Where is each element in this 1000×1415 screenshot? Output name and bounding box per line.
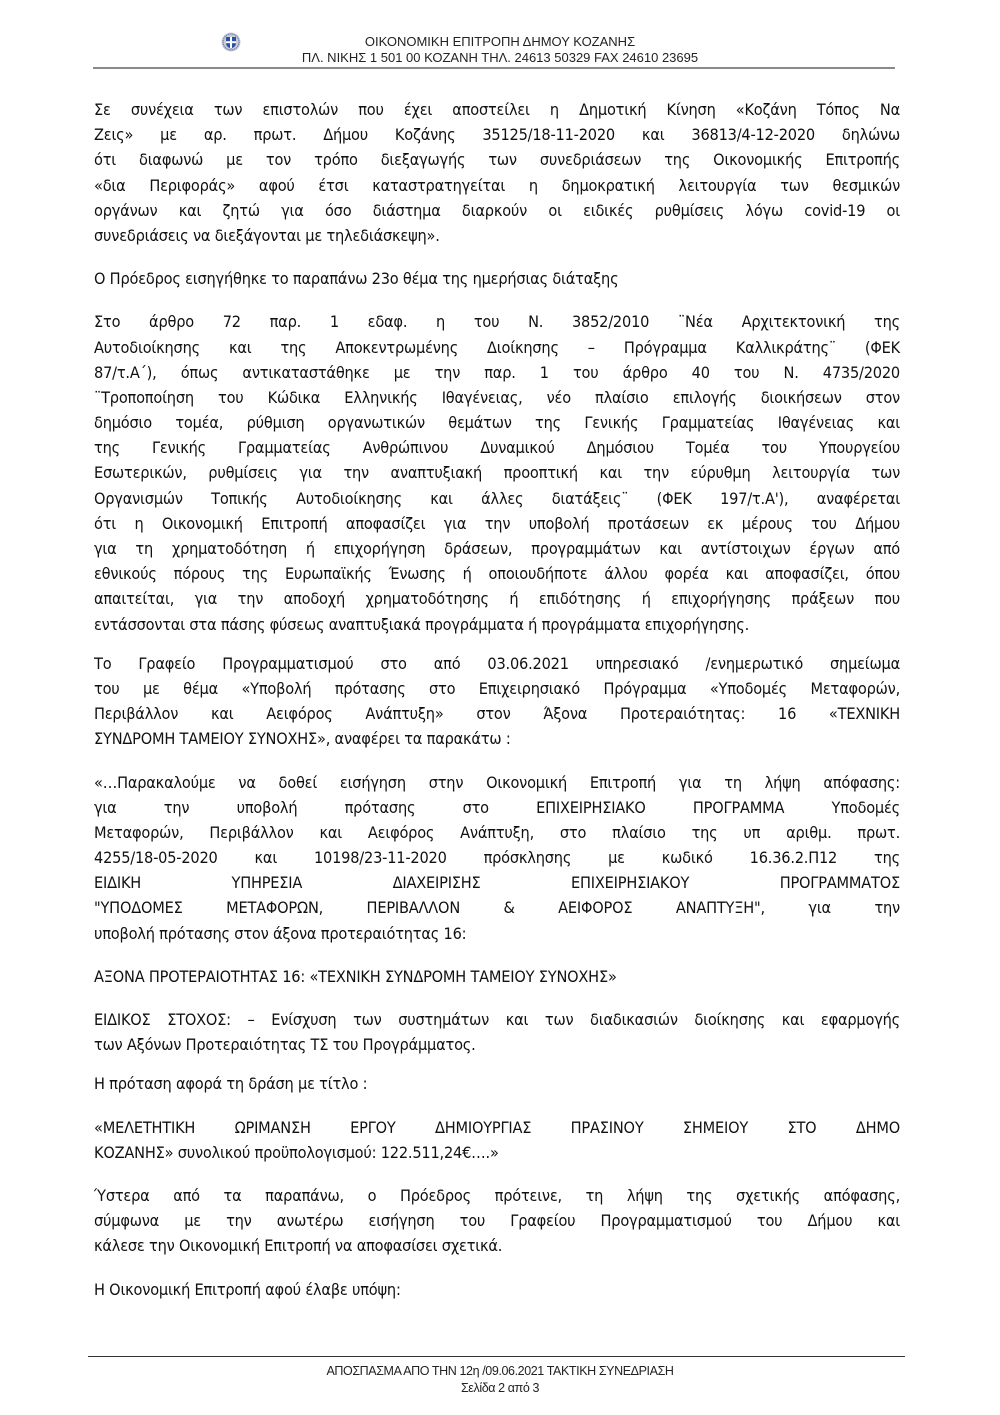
text-line: Ο Πρόεδρος εισηγήθηκε το παραπάνω 23ο θέ… bbox=[94, 266, 900, 291]
paragraph-specific-objective: ΕΙΔΙΚΟΣ ΣΤΟΧΟΣ: – Ενίσχυση των συστημάτω… bbox=[94, 1007, 900, 1057]
text-line: Περιβάλλον και Αειφόρος Ανάπτυξη» στον Ά… bbox=[94, 701, 900, 726]
text-line: «…Παρακαλούμε να δοθεί εισήγηση στην Οικ… bbox=[94, 770, 900, 795]
paragraph-priority-axis: ΑΞΟΝΑ ΠΡΟΤΕΡΑΙΟΤΗΤΑΣ 16: «ΤΕΧΝΙΚΗ ΣΥΝΔΡΟ… bbox=[94, 964, 900, 989]
paragraph-spacer bbox=[94, 1165, 900, 1183]
paragraph-spacer bbox=[94, 752, 900, 770]
text-line: οργάνων και ζητώ για όσο διάστημα διαρκο… bbox=[94, 198, 900, 223]
text-line: εντάσσονται στα πάσης φύσεως αναπτυξιακά… bbox=[94, 612, 900, 637]
text-line: «δια Περιφοράς» αφού έτσι καταστρατηγείτ… bbox=[94, 173, 900, 198]
footer-divider bbox=[88, 1356, 905, 1357]
paragraph-proposal-intro: Η πρόταση αφορά τη δράση με τίτλο : bbox=[94, 1071, 900, 1096]
header-divider bbox=[93, 67, 895, 69]
paragraph-spacer bbox=[94, 989, 900, 1007]
paragraph-letters-statement: Σε συνέχεια των επιστολών που έχει αποστ… bbox=[94, 97, 900, 248]
text-line: υποβολή πρότασης στον άξονα προτεραιότητ… bbox=[94, 921, 900, 946]
paragraph-quoted-request: «…Παρακαλούμε να δοθεί εισήγηση στην Οικ… bbox=[94, 770, 900, 946]
text-line: της Γενικής Γραμματείας Ανθρώπινου Δυναμ… bbox=[94, 435, 900, 460]
footer-extract-title: ΑΠΟΣΠΑΣΜΑ ΑΠΟ ΤΗΝ 12η /09.06.2021 ΤΑΚΤΙΚ… bbox=[200, 1364, 800, 1378]
page-header: ΟΙΚΟΝΟΜΙΚΗ ΕΠΙΤΡΟΠΗ ΔΗΜΟΥ ΚΟΖΑΝΗΣ ΠΛ. ΝΙ… bbox=[0, 0, 1000, 70]
document-body: Σε συνέχεια των επιστολών που έχει αποστ… bbox=[94, 97, 900, 1302]
text-line: ΕΙΔΙΚΟΣ ΣΤΟΧΟΣ: – Ενίσχυση των συστημάτω… bbox=[94, 1007, 900, 1032]
text-line: κάλεσε την Οικονομική Επιτροπή να αποφασ… bbox=[94, 1233, 900, 1258]
paragraph-spacer bbox=[94, 248, 900, 266]
text-line: Η πρόταση αφορά τη δράση με τίτλο : bbox=[94, 1071, 900, 1096]
paragraph-president-intro: Ο Πρόεδρος εισηγήθηκε το παραπάνω 23ο θέ… bbox=[94, 266, 900, 291]
text-line: για τη χρηματοδότηση ή επιχορήγηση δράσε… bbox=[94, 536, 900, 561]
greek-emblem-icon bbox=[221, 32, 241, 52]
text-line: 87/τ.Α΄), όπως αντικαταστάθηκε με την πα… bbox=[94, 360, 900, 385]
text-line: Εσωτερικών, ρυθμίσεις για την αναπτυξιακ… bbox=[94, 460, 900, 485]
text-line: Οργανισμών Τοπικής Αυτοδιοίκησης και άλλ… bbox=[94, 486, 900, 511]
text-line: των Αξόνων Προτεραιότητας ΤΣ του Προγράμ… bbox=[94, 1032, 900, 1057]
footer-page-number: Σελίδα 2 από 3 bbox=[200, 1381, 800, 1395]
text-line: Μεταφορών, Περιβάλλον και Αειφόρος Ανάπτ… bbox=[94, 820, 900, 845]
paragraph-action-title: «ΜΕΛΕΤΗΤΙΚΗ ΩΡΙΜΑΝΣΗ ΕΡΓΟΥ ΔΗΜΙΟΥΡΓΙΑΣ Π… bbox=[94, 1115, 900, 1165]
text-line: ΕΙΔΙΚΗ ΥΠΗΡΕΣΙΑ ΔΙΑΧΕΙΡΙΣΗΣ ΕΠΙΧΕΙΡΗΣΙΑΚ… bbox=[94, 870, 900, 895]
text-line: δημόσιο τομέα, ρύθμιση οργανωτικών θεμάτ… bbox=[94, 410, 900, 435]
paragraph-president-proposal: Ύστερα από τα παραπάνω, ο Πρόεδρος πρότε… bbox=[94, 1183, 900, 1259]
paragraph-spacer bbox=[94, 1259, 900, 1277]
organization-name: ΟΙΚΟΝΟΜΙΚΗ ΕΠΙΤΡΟΠΗ ΔΗΜΟΥ ΚΟΖΑΝΗΣ bbox=[280, 34, 720, 49]
text-line: ¨Τροποποίηση του Κώδικα Ελληνικής Ιθαγέν… bbox=[94, 385, 900, 410]
text-line: ΣΥΝΔΡΟΜΗ ΤΑΜΕΙΟΥ ΣΥΝΟΧΗΣ», αναφέρει τα π… bbox=[94, 726, 900, 751]
text-line: Ύστερα από τα παραπάνω, ο Πρόεδρος πρότε… bbox=[94, 1183, 900, 1208]
paragraph-committee-considered: Η Οικονομική Επιτροπή αφού έλαβε υπόψη: bbox=[94, 1277, 900, 1302]
text-line: Στο άρθρο 72 παρ. 1 εδαφ. η του Ν. 3852/… bbox=[94, 309, 900, 334]
organization-address: ΠΛ. ΝΙΚΗΣ 1 501 00 ΚΟΖΑΝΗ ΤΗΛ. 24613 503… bbox=[280, 50, 720, 65]
paragraph-legal-basis: Στο άρθρο 72 παρ. 1 εδαφ. η του Ν. 3852/… bbox=[94, 309, 900, 636]
text-line: ΑΞΟΝΑ ΠΡΟΤΕΡΑΙΟΤΗΤΑΣ 16: «ΤΕΧΝΙΚΗ ΣΥΝΔΡΟ… bbox=[94, 964, 900, 989]
paragraph-spacer bbox=[94, 946, 900, 964]
text-line: Η Οικονομική Επιτροπή αφού έλαβε υπόψη: bbox=[94, 1277, 900, 1302]
text-line: ότι διαφωνώ με τον τρόπο διεξαγωγής των … bbox=[94, 147, 900, 172]
text-line: «ΜΕΛΕΤΗΤΙΚΗ ΩΡΙΜΑΝΣΗ ΕΡΓΟΥ ΔΗΜΙΟΥΡΓΙΑΣ Π… bbox=[94, 1115, 900, 1140]
text-line: Σε συνέχεια των επιστολών που έχει αποστ… bbox=[94, 97, 900, 122]
text-line: σύμφωνα με την ανωτέρω εισήγηση του Γραφ… bbox=[94, 1208, 900, 1233]
text-line: απαιτείται, για την αποδοχή χρηματοδότησ… bbox=[94, 586, 900, 611]
paragraph-planning-office-memo: Το Γραφείο Προγραμματισμού στο από 03.06… bbox=[94, 651, 900, 752]
text-line: 4255/18-05-2020 και 10198/23-11-2020 πρό… bbox=[94, 845, 900, 870]
paragraph-spacer bbox=[94, 291, 900, 309]
text-line: Το Γραφείο Προγραμματισμού στο από 03.06… bbox=[94, 651, 900, 676]
text-line: για την υποβολή πρότασης στο ΕΠΙΧΕΙΡΗΣΙΑ… bbox=[94, 795, 900, 820]
paragraph-spacer bbox=[94, 1097, 900, 1115]
text-line: ΚΟΖΑΝΗΣ» συνολικού προϋπολογισμού: 122.5… bbox=[94, 1140, 900, 1165]
text-line: συνεδριάσεις να διεξάγονται με τηλεδιάσκ… bbox=[94, 223, 900, 248]
text-line: "ΥΠΟΔΟΜΕΣ ΜΕΤΑΦΟΡΩΝ, ΠΕΡΙΒΑΛΛΟΝ & ΑΕΙΦΟΡ… bbox=[94, 895, 900, 920]
paragraph-spacer bbox=[94, 637, 900, 651]
text-line: εθνικούς πόρους της Ευρωπαϊκής Ένωσης ή … bbox=[94, 561, 900, 586]
text-line: του με θέμα «Υποβολή πρότασης στο Επιχει… bbox=[94, 676, 900, 701]
text-line: Αυτοδιοίκησης και της Αποκεντρωμένης Διο… bbox=[94, 335, 900, 360]
text-line: Ζεις» με αρ. πρωτ. Δήμου Κοζάνης 35125/1… bbox=[94, 122, 900, 147]
text-line: ότι η Οικονομική Επιτροπή αποφασίζει για… bbox=[94, 511, 900, 536]
paragraph-spacer bbox=[94, 1057, 900, 1071]
